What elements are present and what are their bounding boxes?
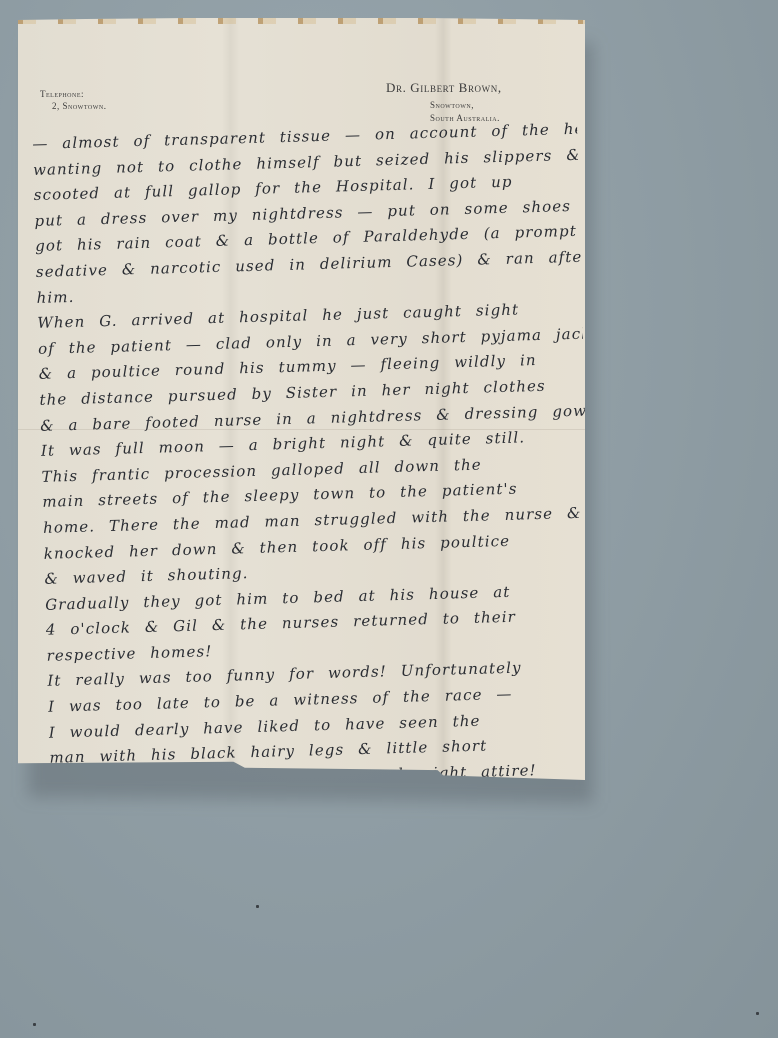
telephone-number: 2, Snowtown.	[40, 100, 106, 112]
letter-line: something to talk of for weeks!	[51, 808, 597, 849]
letterhead-town: Snowtown,	[386, 100, 502, 110]
rust-stained-top-edge	[18, 18, 585, 24]
letterhead-address: Dr. Gilbert Brown, Snowtown, South Austr…	[386, 80, 502, 123]
handwritten-letter-body: — almost of transparent tissue — on acco…	[32, 117, 597, 849]
letter-page: Telephone: 2, Snowtown. Dr. Gilbert Brow…	[18, 18, 585, 780]
dust-speck	[256, 905, 259, 908]
telephone-label: Telephone:	[40, 88, 106, 100]
letterhead-telephone: Telephone: 2, Snowtown.	[40, 88, 106, 112]
dust-speck	[33, 1023, 36, 1026]
letterhead-name: Dr. Gilbert Brown,	[386, 80, 502, 96]
dust-speck	[756, 1012, 759, 1015]
